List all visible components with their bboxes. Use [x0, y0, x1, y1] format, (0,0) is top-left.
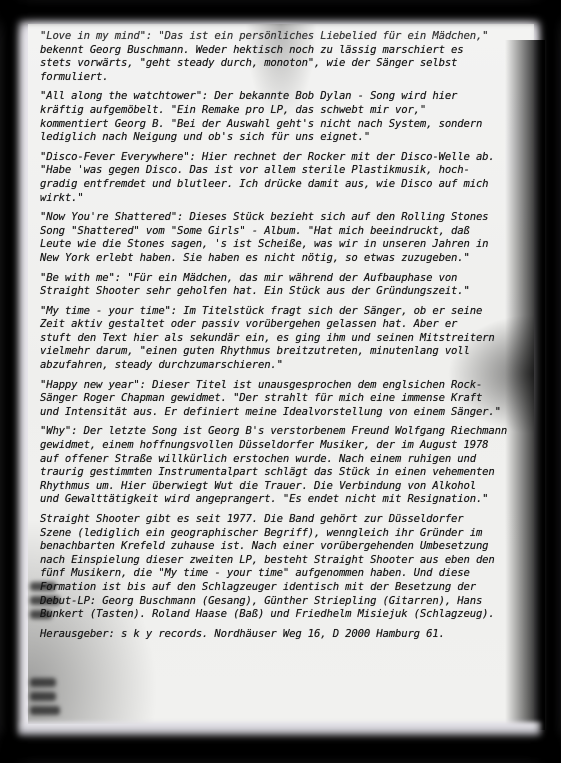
text-line: Song "Shattered" vom "Some Girls" - Albu… [40, 225, 535, 239]
paragraph-publisher: Herausgeber: s k y records. Nordhäuser W… [40, 628, 535, 642]
text-line: traurig gestimmten Instrumentalpart schl… [40, 466, 535, 480]
text-line: Rhythmus um. Hier überwiegt Wut die Trau… [40, 480, 535, 494]
paragraph-why: "Why": Der letzte Song ist Georg B's ver… [40, 425, 535, 507]
text-line: kommentiert Georg B. "Bei der Auswahl ge… [40, 118, 535, 132]
text-line: fünf Musikern, die "My time - your time"… [40, 567, 535, 581]
text-line: Straight Shooter sehr geholfen hat. Ein … [40, 285, 535, 299]
text-line: formuliert. [40, 71, 535, 85]
paragraph-disco-fever-everywhere: "Disco-Fever Everywhere": Hier rechnet d… [40, 151, 535, 205]
text-line: abzufahren, steady durchzumarschieren." [40, 359, 535, 373]
text-line: "My time - your time": Im Titelstück fra… [40, 305, 535, 319]
text-line: wirkt." [40, 192, 535, 206]
text-line: und Gewalttätigkeit wird angeprangert. "… [40, 493, 535, 507]
scan-frame: "Love in my mind": "Das ist ein persönli… [0, 0, 561, 763]
paragraph-love-in-my-mind: "Love in my mind": "Das ist ein persönli… [40, 30, 535, 84]
ink-smudge [30, 596, 60, 605]
ink-smudge [30, 706, 60, 715]
ink-smudge [30, 582, 56, 591]
text-line: lediglich nach Neigung und ob's sich für… [40, 131, 535, 145]
paragraph-all-along-the-watchtower: "All along the watchtower": Der bekannte… [40, 90, 535, 144]
paragraph-now-youre-shattered: "Now You're Shattered": Dieses Stück bez… [40, 211, 535, 265]
text-line: gewidmet, einem hoffnungsvollen Düsseldo… [40, 439, 535, 453]
text-line: "Love in my mind": "Das ist ein persönli… [40, 30, 535, 44]
text-line: Herausgeber: s k y records. Nordhäuser W… [40, 628, 535, 642]
text-line: "All along the watchtower": Der bekannte… [40, 90, 535, 104]
text-line: "Why": Der letzte Song ist Georg B's ver… [40, 425, 535, 439]
text-line: Straight Shooter gibt es seit 1977. Die … [40, 513, 535, 527]
ink-smudge [30, 610, 52, 619]
top-burnt-edge [0, 0, 561, 20]
text-line: stets vorwärts, "geht steady durch, mono… [40, 57, 535, 71]
text-line: kräftig aufgemöbelt. "Ein Remake pro LP,… [40, 104, 535, 118]
text-line: "Be with me": "Für ein Mädchen, das mir … [40, 272, 535, 286]
text-line: Leute wie die Stones sagen, 's ist Schei… [40, 238, 535, 252]
text-line: Sänger Roger Chapman gewidmet. "Der stra… [40, 392, 535, 406]
ink-smudge [30, 692, 56, 701]
text-line: Formation ist bis auf den Schlagzeuger i… [40, 581, 535, 595]
text-line: Debut-LP: Georg Buschmann (Gesang), Günt… [40, 595, 535, 609]
bottom-burnt-edge [0, 735, 561, 763]
text-line: "Now You're Shattered": Dieses Stück bez… [40, 211, 535, 225]
text-line: "Habe 'was gegen Disco. Das ist vor alle… [40, 164, 535, 178]
text-line: "Disco-Fever Everywhere": Hier rechnet d… [40, 151, 535, 165]
typewritten-text: "Love in my mind": "Das ist ein persönli… [40, 30, 535, 647]
ink-smudge [30, 678, 56, 687]
text-line: nach Einspielung dieser zweiten LP, best… [40, 554, 535, 568]
text-line: gradig entfremdet und blutleer. Ich drüc… [40, 178, 535, 192]
text-line: bekennt Georg Buschmann. Weder hektisch … [40, 44, 535, 58]
text-line: vielmehr darum, "einen guten Rhythmus br… [40, 345, 535, 359]
left-burnt-edge [0, 0, 18, 763]
paragraph-band-info: Straight Shooter gibt es seit 1977. Die … [40, 513, 535, 622]
text-line: New York erlebt haben. Sie haben es nich… [40, 252, 535, 266]
text-line: und Intensität aus. Er definiert meine I… [40, 406, 535, 420]
text-line: Zeit aktiv gestaltet oder passiv vorüber… [40, 318, 535, 332]
text-line: auf offener Straße willkürlich erstochen… [40, 453, 535, 467]
paragraph-happy-new-year: "Happy new year": Dieser Titel ist unaus… [40, 379, 535, 420]
text-line: "Happy new year": Dieser Titel ist unaus… [40, 379, 535, 393]
text-line: Szene (lediglich ein geographischer Begr… [40, 527, 535, 541]
paragraph-be-with-me: "Be with me": "Für ein Mädchen, das mir … [40, 272, 535, 299]
text-line: benachbarten Krefeld zuhause ist. Nach e… [40, 540, 535, 554]
right-burnt-edge [540, 0, 561, 763]
text-line: Bunkert (Tasten). Roland Haase (Baß) und… [40, 608, 535, 622]
text-line: stuft den Text hier als sekundär ein, es… [40, 332, 535, 346]
paragraph-my-time-your-time: "My time - your time": Im Titelstück fra… [40, 305, 535, 373]
